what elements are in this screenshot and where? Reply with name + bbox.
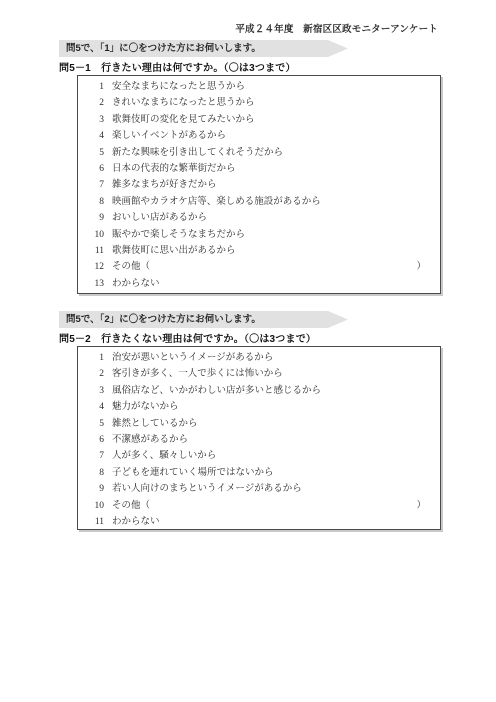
question5-2-heading: 問5－2 行きたくない理由は何ですか。（〇は3つまで）	[59, 330, 321, 345]
item-text: わからない	[112, 514, 160, 530]
item-number: 3	[78, 112, 104, 128]
item-text: きれいなまちになったと思うから	[112, 95, 255, 111]
list-item: 11わからない	[78, 514, 440, 530]
question5-2-heading-text: 問5－2 行きたくない理由は何ですか。	[59, 334, 244, 345]
list-item: 8映画館やカラオケ店等、楽しめる施設があるから	[78, 194, 440, 210]
item-text: 楽しいイベントがあるから	[112, 128, 226, 144]
item-number: 4	[78, 399, 104, 415]
list-item: 5雑然としているから	[78, 416, 440, 432]
item-text: 歌舞伎町の変化を見てみたいから	[112, 112, 255, 128]
item-text: おいしい店があるから	[112, 210, 207, 226]
item-number: 2	[78, 366, 104, 382]
item-text: 不潔感があるから	[112, 432, 188, 448]
item-text: 安全なまちになったと思うから	[112, 79, 245, 95]
item-number: 5	[78, 145, 104, 161]
item-number: 8	[78, 194, 104, 210]
list-item: 6不潔感があるから	[78, 432, 440, 448]
item-text: 治安が悪いというイメージがあるから	[112, 350, 273, 366]
item-number: 1	[78, 79, 104, 95]
item-number: 6	[78, 161, 104, 177]
item-text: 子どもを連れていく場所ではないから	[112, 465, 274, 481]
list-item: 7人が多く、騒々しいから	[78, 448, 440, 464]
item-text: 賑やかで楽しそうなまちだから	[112, 227, 245, 243]
item-number: 9	[78, 481, 104, 497]
item-number: 1	[78, 350, 104, 366]
list-item: 1治安が悪いというイメージがあるから	[78, 350, 440, 366]
list-item: 10賑やかで楽しそうなまちだから	[78, 227, 440, 243]
item-number: 8	[78, 465, 104, 481]
list-item: 4楽しいイベントがあるから	[78, 128, 440, 144]
question5-choice1-banner: 問5で、「1」に〇をつけた方にお伺いします。	[59, 40, 348, 57]
list-item: 11歌舞伎町に思い出があるから	[78, 243, 440, 259]
item-text: 若い人向けのまちというイメージがあるから	[112, 481, 302, 497]
list-item: 5新たな興味を引き出してくれそうだから	[78, 145, 440, 161]
item-number: 7	[78, 177, 104, 193]
item-number: 13	[78, 276, 104, 292]
item-number: 5	[78, 416, 104, 432]
list-item: 7雑多なまちが好きだから	[78, 177, 440, 193]
document-title: 平成２４年度 新宿区区政モニターアンケート	[0, 21, 438, 35]
item-text: 魅力がないから	[112, 399, 179, 415]
list-item: 9おいしい店があるから	[78, 210, 440, 226]
list-item-other: 10その他（）	[78, 498, 440, 514]
list-item: 8子どもを連れていく場所ではないから	[78, 465, 440, 481]
list-item: 2きれいなまちになったと思うから	[78, 95, 440, 111]
item-text: 歌舞伎町に思い出があるから	[112, 243, 236, 259]
question5-1-heading: 問5－1 行きたい理由は何ですか。（〇は3つまで）	[59, 59, 301, 74]
list-item: 1安全なまちになったと思うから	[78, 79, 440, 95]
item-text: 人が多く、騒々しいから	[112, 448, 216, 464]
list-item: 2客引きが多く、一人で歩くには怖いから	[78, 366, 440, 382]
list-item: 6日本の代表的な繁華街だから	[78, 161, 440, 177]
item-close-paren: ）	[416, 498, 426, 514]
item-number: 11	[78, 243, 104, 259]
item-number: 2	[78, 95, 104, 111]
item-text: 日本の代表的な繁華街だから	[112, 161, 236, 177]
list-item-other: 12その他（）	[78, 259, 440, 275]
list-item: 4魅力がないから	[78, 399, 440, 415]
item-number: 12	[78, 259, 104, 275]
item-text: 映画館やカラオケ店等、楽しめる施設があるから	[112, 194, 321, 210]
item-text: わからない	[112, 276, 160, 292]
question5-choice2-banner: 問5で、「2」に〇をつけた方にお伺いします。	[59, 311, 348, 328]
item-number: 10	[78, 498, 104, 514]
item-number: 3	[78, 383, 104, 399]
item-text: 新たな興味を引き出してくれそうだから	[112, 145, 283, 161]
item-number: 10	[78, 227, 104, 243]
item-text: 風俗店など、いかがわしい店が多いと感じるから	[112, 383, 321, 399]
item-text: その他（	[112, 498, 150, 514]
item-number: 6	[78, 432, 104, 448]
item-number: 4	[78, 128, 104, 144]
question5-1-options-box: 1安全なまちになったと思うから 2きれいなまちになったと思うから 3歌舞伎町の変…	[77, 75, 441, 294]
item-text: 雑多なまちが好きだから	[112, 177, 217, 193]
list-item: 13わからない	[78, 276, 440, 292]
item-number: 11	[78, 514, 104, 530]
list-item: 3風俗店など、いかがわしい店が多いと感じるから	[78, 383, 440, 399]
item-close-paren: ）	[416, 259, 426, 275]
item-number: 9	[78, 210, 104, 226]
item-text: 雑然としているから	[112, 416, 198, 432]
survey-page: 平成２４年度 新宿区区政モニターアンケート 問5で、「1」に〇をつけた方にお伺い…	[0, 0, 496, 702]
item-text: その他（	[112, 259, 150, 275]
item-text: 客引きが多く、一人で歩くには怖いから	[112, 366, 283, 382]
item-number: 7	[78, 448, 104, 464]
list-item: 9若い人向けのまちというイメージがあるから	[78, 481, 440, 497]
question5-2-options-box: 1治安が悪いというイメージがあるから 2客引きが多く、一人で歩くには怖いから 3…	[77, 346, 441, 530]
question5-1-heading-text: 問5－1 行きたい理由は何ですか。	[59, 63, 224, 74]
list-item: 3歌舞伎町の変化を見てみたいから	[78, 112, 440, 128]
